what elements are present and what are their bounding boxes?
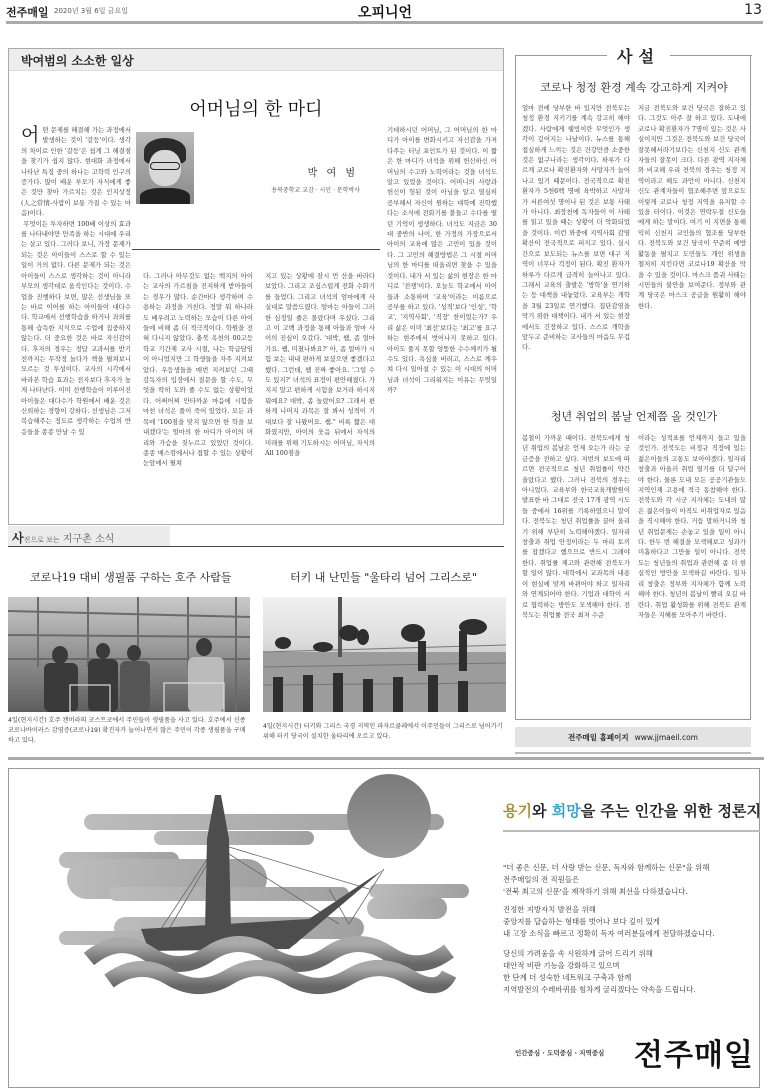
masthead: 전주매일 2020년 3월 6일 금요일 오피니언 13 <box>6 0 764 22</box>
editorial-box: 코로나 청정 환경 계속 강고하게 지켜야 얼마 전에 당부한 바 있지만 전북… <box>515 55 751 720</box>
photo-title-1: 코로나19 대비 생필품 구하는 호주 사람들 <box>30 569 232 585</box>
photo-news-header: 사진으로 보는 지구촌 소식 <box>8 526 170 546</box>
editorial-title-2: 청년 취업의 봄날 언제쯤 올 것인가 <box>516 408 752 424</box>
author-name: 박 여 범 <box>308 164 358 179</box>
column-text-col1: 어떤 문제를 해결해 가는 과정에서 발생하는 것이 '갈등'이다. 생각의 차… <box>21 125 131 517</box>
homepage-label: 전주매일 홈페이지 <box>568 733 629 742</box>
author-photo <box>136 132 194 204</box>
ad-slogan: 용기와 희망을 주는 인간을 위한 정론지 <box>503 800 761 821</box>
ad-tagline: 인간중심 · 도덕중심 · 지역중심 <box>515 1048 604 1057</box>
ad-paragraph-1: "더 좋은 신문, 더 사랑 받는 신문, 독자와 함께하는 신문"을 위해 전… <box>503 862 709 898</box>
ad-paragraph-3: 당신의 가려움을 속 시원하게 긁어 드리기 위해 대안적 비판 기능을 강화하… <box>503 948 696 996</box>
column-text-col3: 지고 있는 상황에 잠시 먼 산을 바라다보았다. 그리고 조심스럽게 전화 수… <box>265 271 375 517</box>
pen-ship-illustration <box>29 769 489 1029</box>
photo-caption-1: 4일(현지시간) 호주 캔버라의 코스트코에서 주민들이 생필품을 사고 있다.… <box>8 716 250 746</box>
section-title: 오피니언 <box>6 2 764 22</box>
column-series: 박여범의 소소한 일상 <box>9 49 503 71</box>
column-text-col4: 기대하시던 어머님, 그 어머님의 한 마디가 아이를 변화시키고 자신감을 가… <box>387 125 497 517</box>
costco-shoppers-photo <box>8 597 250 712</box>
page-number: 13 <box>744 2 762 18</box>
ad-logo: 전주매일 <box>634 1030 754 1074</box>
homepage-banner[interactable]: 전주매일 홈페이지www.jjmaeil.com <box>515 727 751 747</box>
border-fence-illustration <box>263 597 506 712</box>
author-role: 용북중학교 교감 · 시인 · 문학박사 <box>271 185 360 194</box>
editorial-title-1: 코로나 청정 환경 계속 강고하게 지켜야 <box>516 79 752 95</box>
editorial-1-col2: 지금 전북도와 보건 당국은 잘하고 있다. 그것도 아주 잘 하고 있다. 도… <box>638 103 746 396</box>
photo-title-2: 터키 내 난민들 "울타리 넘어 그리스로" <box>290 569 477 585</box>
top-rule <box>6 21 763 24</box>
dropcap: 어 <box>21 126 39 144</box>
column-article: 박여범의 소소한 일상 어머님의 한 마디 어떤 문제를 해결해 가는 과정에서… <box>8 48 504 525</box>
editorial-2-col1: 봄철이 가까운 때이다. 전북도에게 청년 취업의 봄날은 언제 오는가 라는 … <box>522 433 630 713</box>
author-block: 박 여 범 용북중학교 교감 · 시인 · 문학박사 <box>132 132 380 250</box>
photo-caption-2: 4일(현지시간) 터키와 그리스 국경 지역인 파자르쿨레에서 이주민들이 그리… <box>263 722 506 742</box>
homepage-url[interactable]: www.jjmaeil.com <box>635 733 698 742</box>
editorial-1-col1: 얼마 전에 당부한 바 있지만 전북도는 청정 환경 지키기를 계속 강고히 해… <box>522 103 630 396</box>
column-title: 어머님의 한 마디 <box>9 95 503 121</box>
shelves-illustration <box>8 597 250 712</box>
editorial-2-col2: 이라는 성적표를 언제까지 들고 있을 것인가. 전북도는 비정규 직장에 있는… <box>638 433 746 713</box>
column-text-col2: 다. 그러나 아무것도 없는 백지의 아이는 교사의 가르침을 진지하게 받아들… <box>143 271 253 517</box>
turkey-border-photo <box>263 597 506 712</box>
ad-paragraph-2: 진정한 지방자치 발전을 위해 중앙지를 답습하는 형태를 벗어나 보다 깊이 … <box>503 904 715 940</box>
